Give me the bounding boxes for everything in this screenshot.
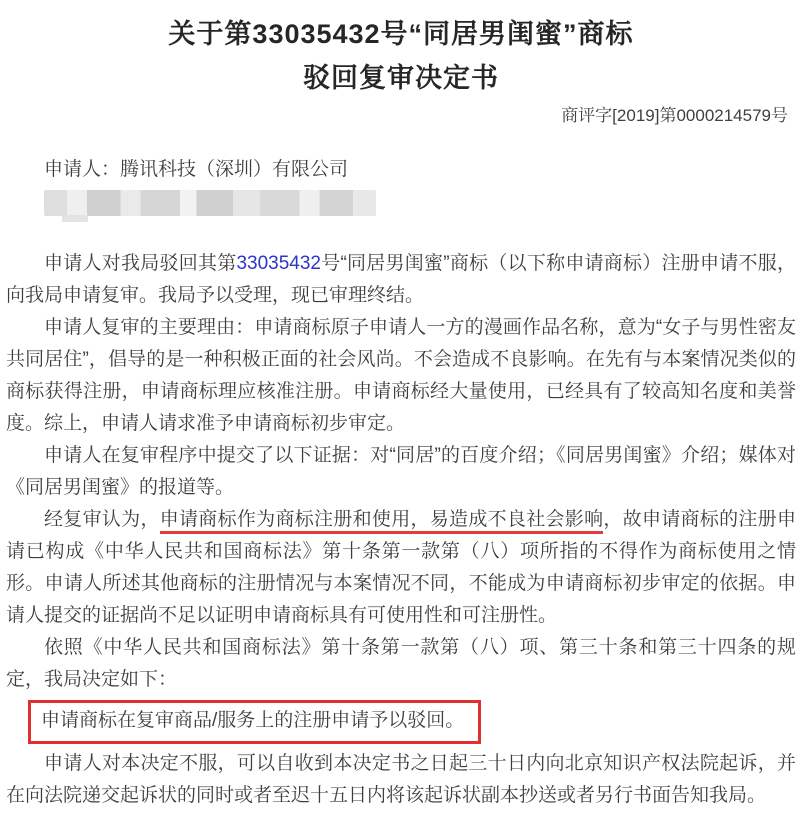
paragraph-legal-basis: 依照《中华人民共和国商标法》第十条第一款第（八）项、第三十条和第三十四条的规定，… [6,632,796,696]
page-title: 关于第33035432号“同居男闺蜜”商标 驳回复审决定书 [6,12,796,100]
decision-red-box: 申请商标在复审商品/服务上的注册申请予以驳回。 [28,700,481,744]
redaction-fragment [62,215,88,222]
red-underlined-finding: 申请商标作为商标注册和使用，易造成不良社会影响 [160,509,604,534]
paragraph-receipt: 申请人对我局驳回其第33035432号“同居男闺蜜”商标（以下称申请商标）注册申… [6,248,796,312]
document-body: 申请人对我局驳回其第33035432号“同居男闺蜜”商标（以下称申请商标）注册申… [6,248,796,812]
decision-paragraph: 申请商标在复审商品/服务上的注册申请予以驳回。 [6,700,796,744]
trademark-number: 33035432 [236,253,321,274]
review-pre-text: 经复审认为， [44,509,160,530]
applicant-line: 申请人：腾讯科技（深圳）有限公司 [6,157,796,183]
page-title-line1: 关于第33035432号“同居男闺蜜”商标 [6,12,796,56]
paragraph-appeal-rights: 申请人对本决定不服，可以自收到本决定书之日起三十日内向北京知识产权法院起诉，并在… [6,748,796,812]
redacted-address-block [44,190,376,216]
decision-text: 申请商标在复审商品/服务上的注册申请予以驳回。 [41,710,464,731]
doc-number: 商评字[2019]第0000214579号 [6,105,796,127]
paragraph-reasons: 申请人复审的主要理由：申请商标原子申请人一方的漫画作品名称，意为“女子与男性密友… [6,312,796,440]
receipt-pre-text: 申请人对我局驳回其第 [44,253,236,274]
paragraph-evidence: 申请人在复审程序中提交了以下证据：对“同居”的百度介绍；《同居男闺蜜》介绍；媒体… [6,440,796,504]
paragraph-review-finding: 经复审认为，申请商标作为商标注册和使用，易造成不良社会影响，故申请商标的注册申请… [6,504,796,632]
page-title-line2: 驳回复审决定书 [6,56,796,100]
decision-document: 关于第33035432号“同居男闺蜜”商标 驳回复审决定书 商评字[2019]第… [0,0,802,820]
